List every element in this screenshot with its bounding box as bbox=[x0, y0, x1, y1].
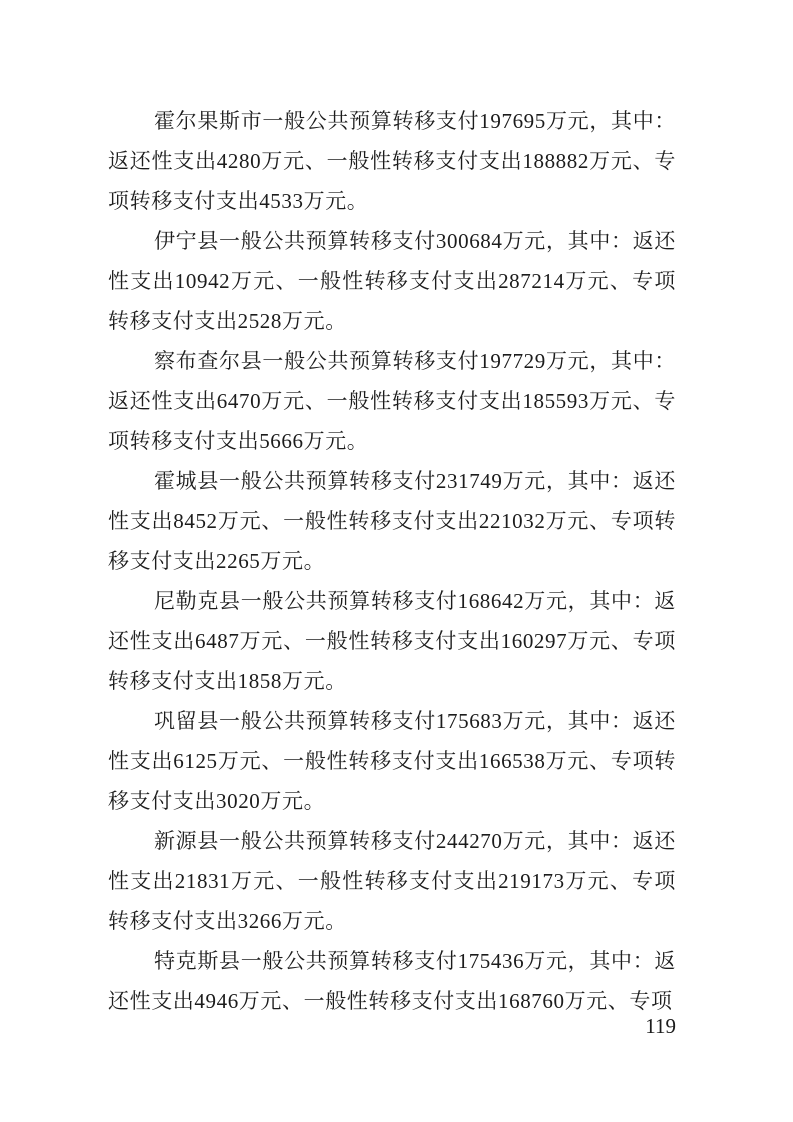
paragraph-tekesi: 特克斯县一般公共预算转移支付175436万元，其中：返还性支出4946万元、一般… bbox=[108, 941, 676, 1021]
paragraph-huocheng: 霍城县一般公共预算转移支付231749万元，其中：返还性支出8452万元、一般性… bbox=[108, 461, 676, 581]
paragraph-huoerguosi: 霍尔果斯市一般公共预算转移支付197695万元，其中：返还性支出4280万元、一… bbox=[108, 101, 676, 221]
paragraph-chabuchaer: 察布查尔县一般公共预算转移支付197729万元，其中：返还性支出6470万元、一… bbox=[108, 341, 676, 461]
page-footer: 119 bbox=[108, 1014, 676, 1038]
document-page: 霍尔果斯市一般公共预算转移支付197695万元，其中：返还性支出4280万元、一… bbox=[0, 0, 793, 1122]
paragraph-xinyuan: 新源县一般公共预算转移支付244270万元，其中：返还性支出21831万元、一般… bbox=[108, 821, 676, 941]
paragraph-gongliu: 巩留县一般公共预算转移支付175683万元，其中：返还性支出6125万元、一般性… bbox=[108, 701, 676, 821]
paragraph-yining: 伊宁县一般公共预算转移支付300684万元，其中：返还性支出10942万元、一般… bbox=[108, 221, 676, 341]
body-text: 霍尔果斯市一般公共预算转移支付197695万元，其中：返还性支出4280万元、一… bbox=[108, 101, 676, 1021]
paragraph-nileke: 尼勒克县一般公共预算转移支付168642万元，其中：返还性支出6487万元、一般… bbox=[108, 581, 676, 701]
page-number: 119 bbox=[645, 1014, 676, 1038]
